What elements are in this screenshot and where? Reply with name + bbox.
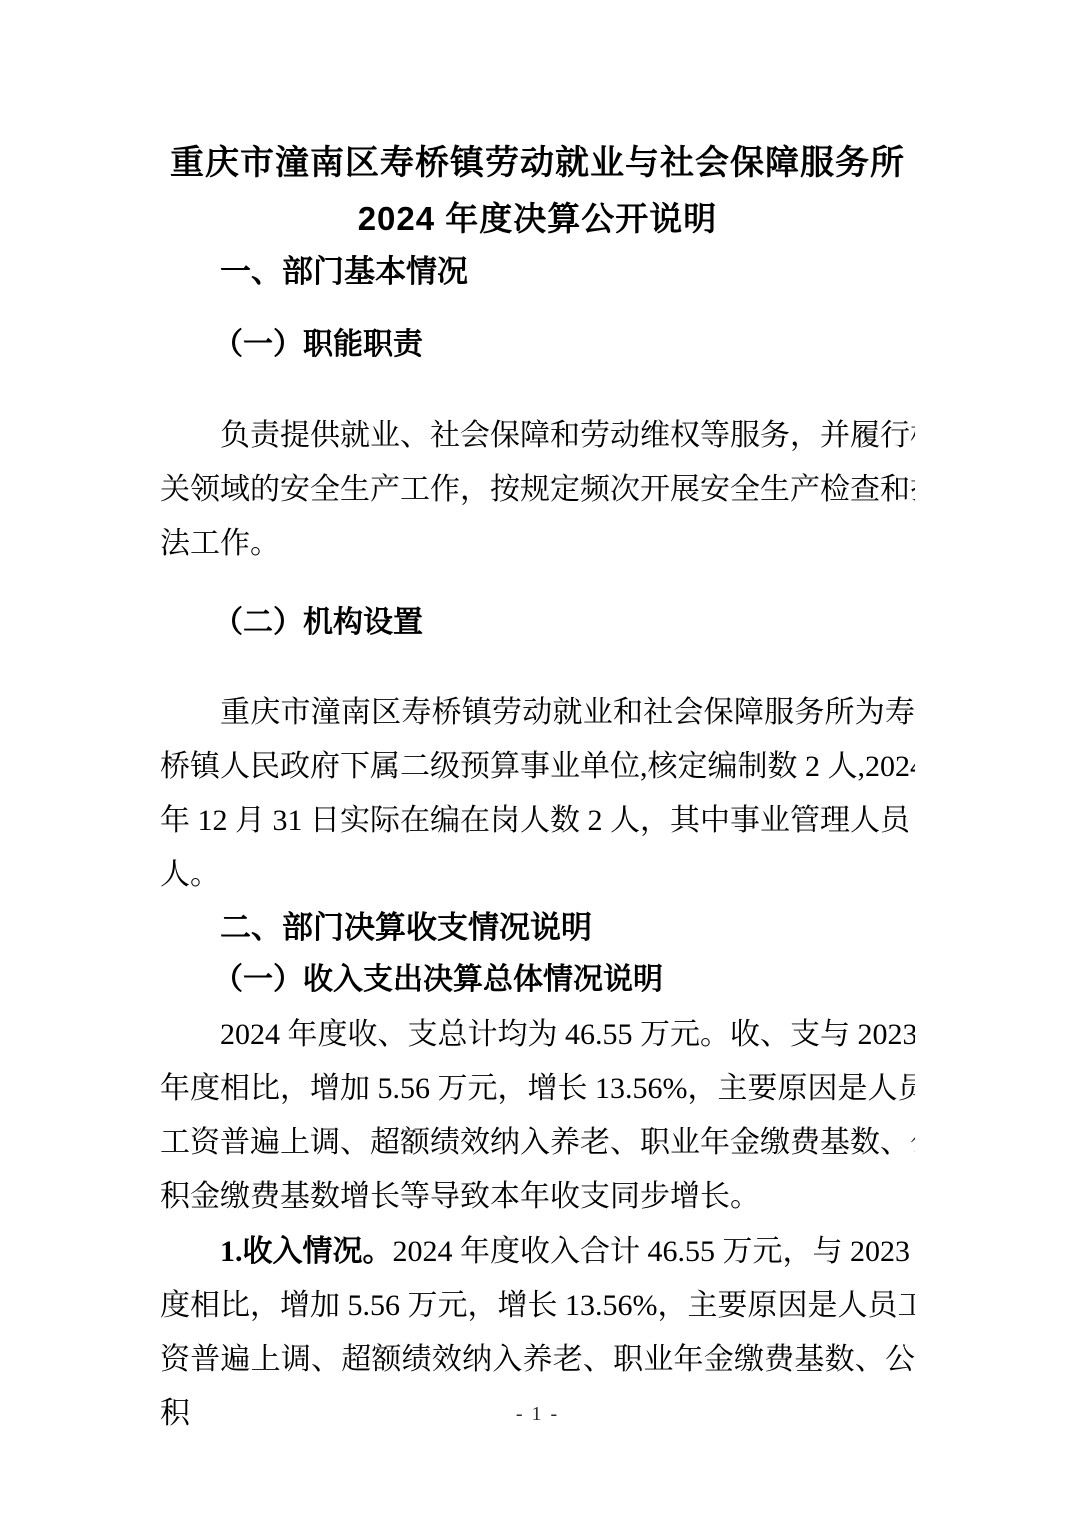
document-page: 重庆市潼南区寿桥镇劳动就业与社会保障服务所 2024 年度决算公开说明 一、部门…: [0, 0, 1075, 1520]
section2-heading: 二、部门决算收支情况说明: [160, 906, 915, 950]
income-lead-label: 1.收入情况。: [220, 1235, 393, 1268]
paragraph-line: 人。: [160, 848, 915, 902]
document-title-line2: 2024 年度决算公开说明: [160, 197, 915, 241]
document-title-line1: 重庆市潼南区寿桥镇劳动就业与社会保障服务所: [160, 141, 915, 185]
section1-heading: 一、部门基本情况: [160, 250, 915, 294]
paragraph-line: 年度相比，增加 5.56 万元，增长 13.56%，主要原因是人员: [160, 1062, 915, 1116]
paragraph-line: 2024 年度收、支总计均为 46.55 万元。收、支与 2023: [160, 1008, 915, 1062]
paragraph-line: 重庆市潼南区寿桥镇劳动就业和社会保障服务所为寿: [160, 686, 915, 740]
overall-budget-paragraph: 2024 年度收、支总计均为 46.55 万元。收、支与 2023 年度相比，增…: [160, 1008, 915, 1224]
organization-paragraph: 重庆市潼南区寿桥镇劳动就业和社会保障服务所为寿 桥镇人民政府下属二级预算事业单位…: [160, 686, 915, 902]
section1-sub2-heading: （二）机构设置: [160, 602, 915, 644]
section1-sub1-heading: （一）职能职责: [160, 324, 915, 366]
document-content: 重庆市潼南区寿桥镇劳动就业与社会保障服务所 2024 年度决算公开说明 一、部门…: [160, 0, 915, 1441]
paragraph-line: 关领域的安全生产工作，按规定频次开展安全生产检查和执: [160, 463, 915, 517]
paragraph-line: 1.收入情况。2024 年度收入合计 46.55 万元，与 2023 年: [160, 1225, 915, 1279]
page-number: - 1 -: [0, 1400, 1075, 1428]
paragraph-line: 度相比，增加 5.56 万元，增长 13.56%，主要原因是人员工: [160, 1279, 915, 1333]
income-line1-rest: 2024 年度收入合计 46.55 万元，与 2023 年: [393, 1235, 916, 1268]
paragraph-line: 年 12 月 31 日实际在编在岗人数 2 人，其中事业管理人员 2: [160, 794, 915, 848]
duties-paragraph: 负责提供就业、社会保障和劳动维权等服务，并履行相 关领域的安全生产工作，按规定频…: [160, 409, 915, 571]
paragraph-line: 工资普遍上调、超额绩效纳入养老、职业年金缴费基数、公: [160, 1116, 915, 1170]
paragraph-line: 负责提供就业、社会保障和劳动维权等服务，并履行相: [160, 409, 915, 463]
paragraph-line: 桥镇人民政府下属二级预算事业单位,核定编制数 2 人,2024: [160, 740, 915, 794]
section2-sub1-heading: （一）收入支出决算总体情况说明: [160, 959, 915, 1001]
paragraph-line: 积金缴费基数增长等导致本年收支同步增长。: [160, 1170, 915, 1224]
paragraph-line: 法工作。: [160, 517, 915, 571]
